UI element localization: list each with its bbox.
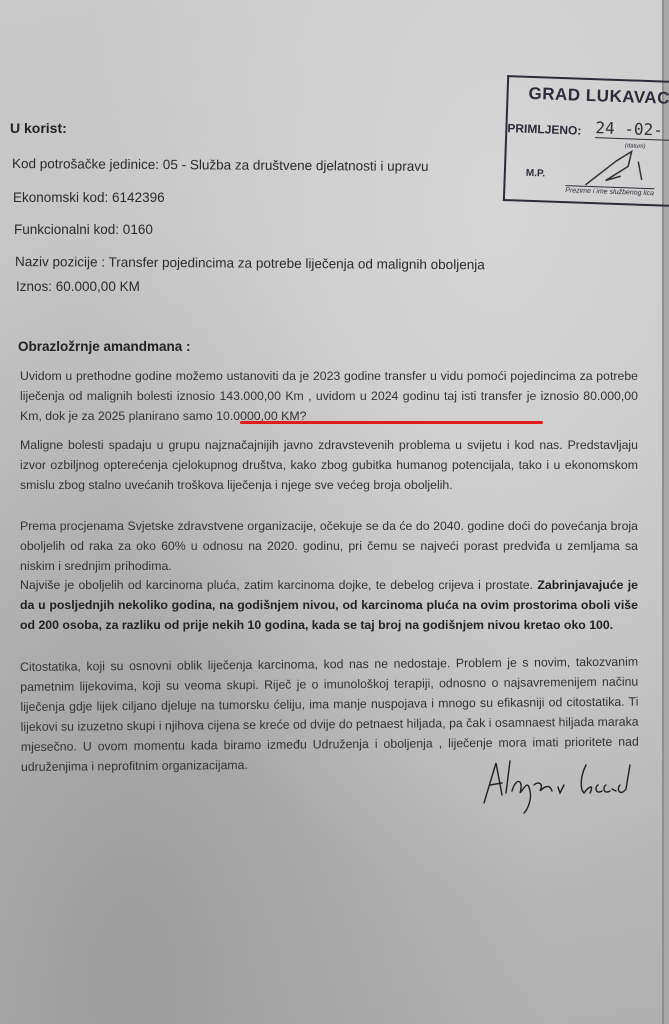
stamp-mp-label: M.P.	[526, 168, 546, 180]
field-amount: Iznos: 60.000,00 KM	[16, 279, 140, 294]
stamp-initials-icon	[575, 140, 657, 193]
beneficiary-label: U korist:	[10, 120, 67, 136]
stamp-city: GRAD LUKAVAC	[528, 84, 669, 109]
paragraph-text: Prema procjenama Svjetske zdravstvene or…	[20, 519, 638, 573]
paragraph-text: Uvidom u prethodne godine možemo ustanov…	[20, 369, 638, 423]
stamp-officer-label: Prezime i ime službenog lica	[565, 185, 654, 197]
field-position-name: Naziv pozicije : Transfer pojedincima za…	[15, 254, 485, 272]
stamp-received-label: PRIMLJENO:	[507, 121, 581, 138]
rationale-paragraph-3: Prema procjenama Svjetske zdravstvene or…	[20, 516, 638, 576]
stamp-received-date: 24 -02- 2025	[595, 118, 669, 141]
rationale-paragraph-1: Uvidom u prethodne godine možemo ustanov…	[20, 366, 638, 426]
signature-icon	[476, 755, 646, 815]
paragraph-text: Najviše je oboljelih od karcinoma pluća,…	[20, 578, 537, 592]
field-economic-code: Ekonomski kod: 6142396	[13, 190, 165, 205]
field-functional-code: Funkcionalni kod: 0160	[14, 222, 153, 237]
received-stamp: GRAD LUKAVAC PRIMLJENO: 24 -02- 2025 (da…	[503, 75, 669, 207]
document-page: GRAD LUKAVAC PRIMLJENO: 24 -02- 2025 (da…	[0, 0, 664, 1024]
rationale-title: Obrazložrnje amandmana :	[18, 339, 191, 354]
rationale-paragraph-4: Najviše je oboljelih od karcinoma pluća,…	[20, 575, 638, 635]
rationale-paragraph-2: Maligne bolesti spadaju u grupu najznača…	[20, 435, 638, 495]
field-spending-unit: Kod potrošačke jedinice: 05 - Služba za …	[12, 156, 429, 174]
paragraph-text: Maligne bolesti spadaju u grupu najznača…	[20, 438, 638, 492]
red-highlight-underline	[240, 421, 543, 424]
